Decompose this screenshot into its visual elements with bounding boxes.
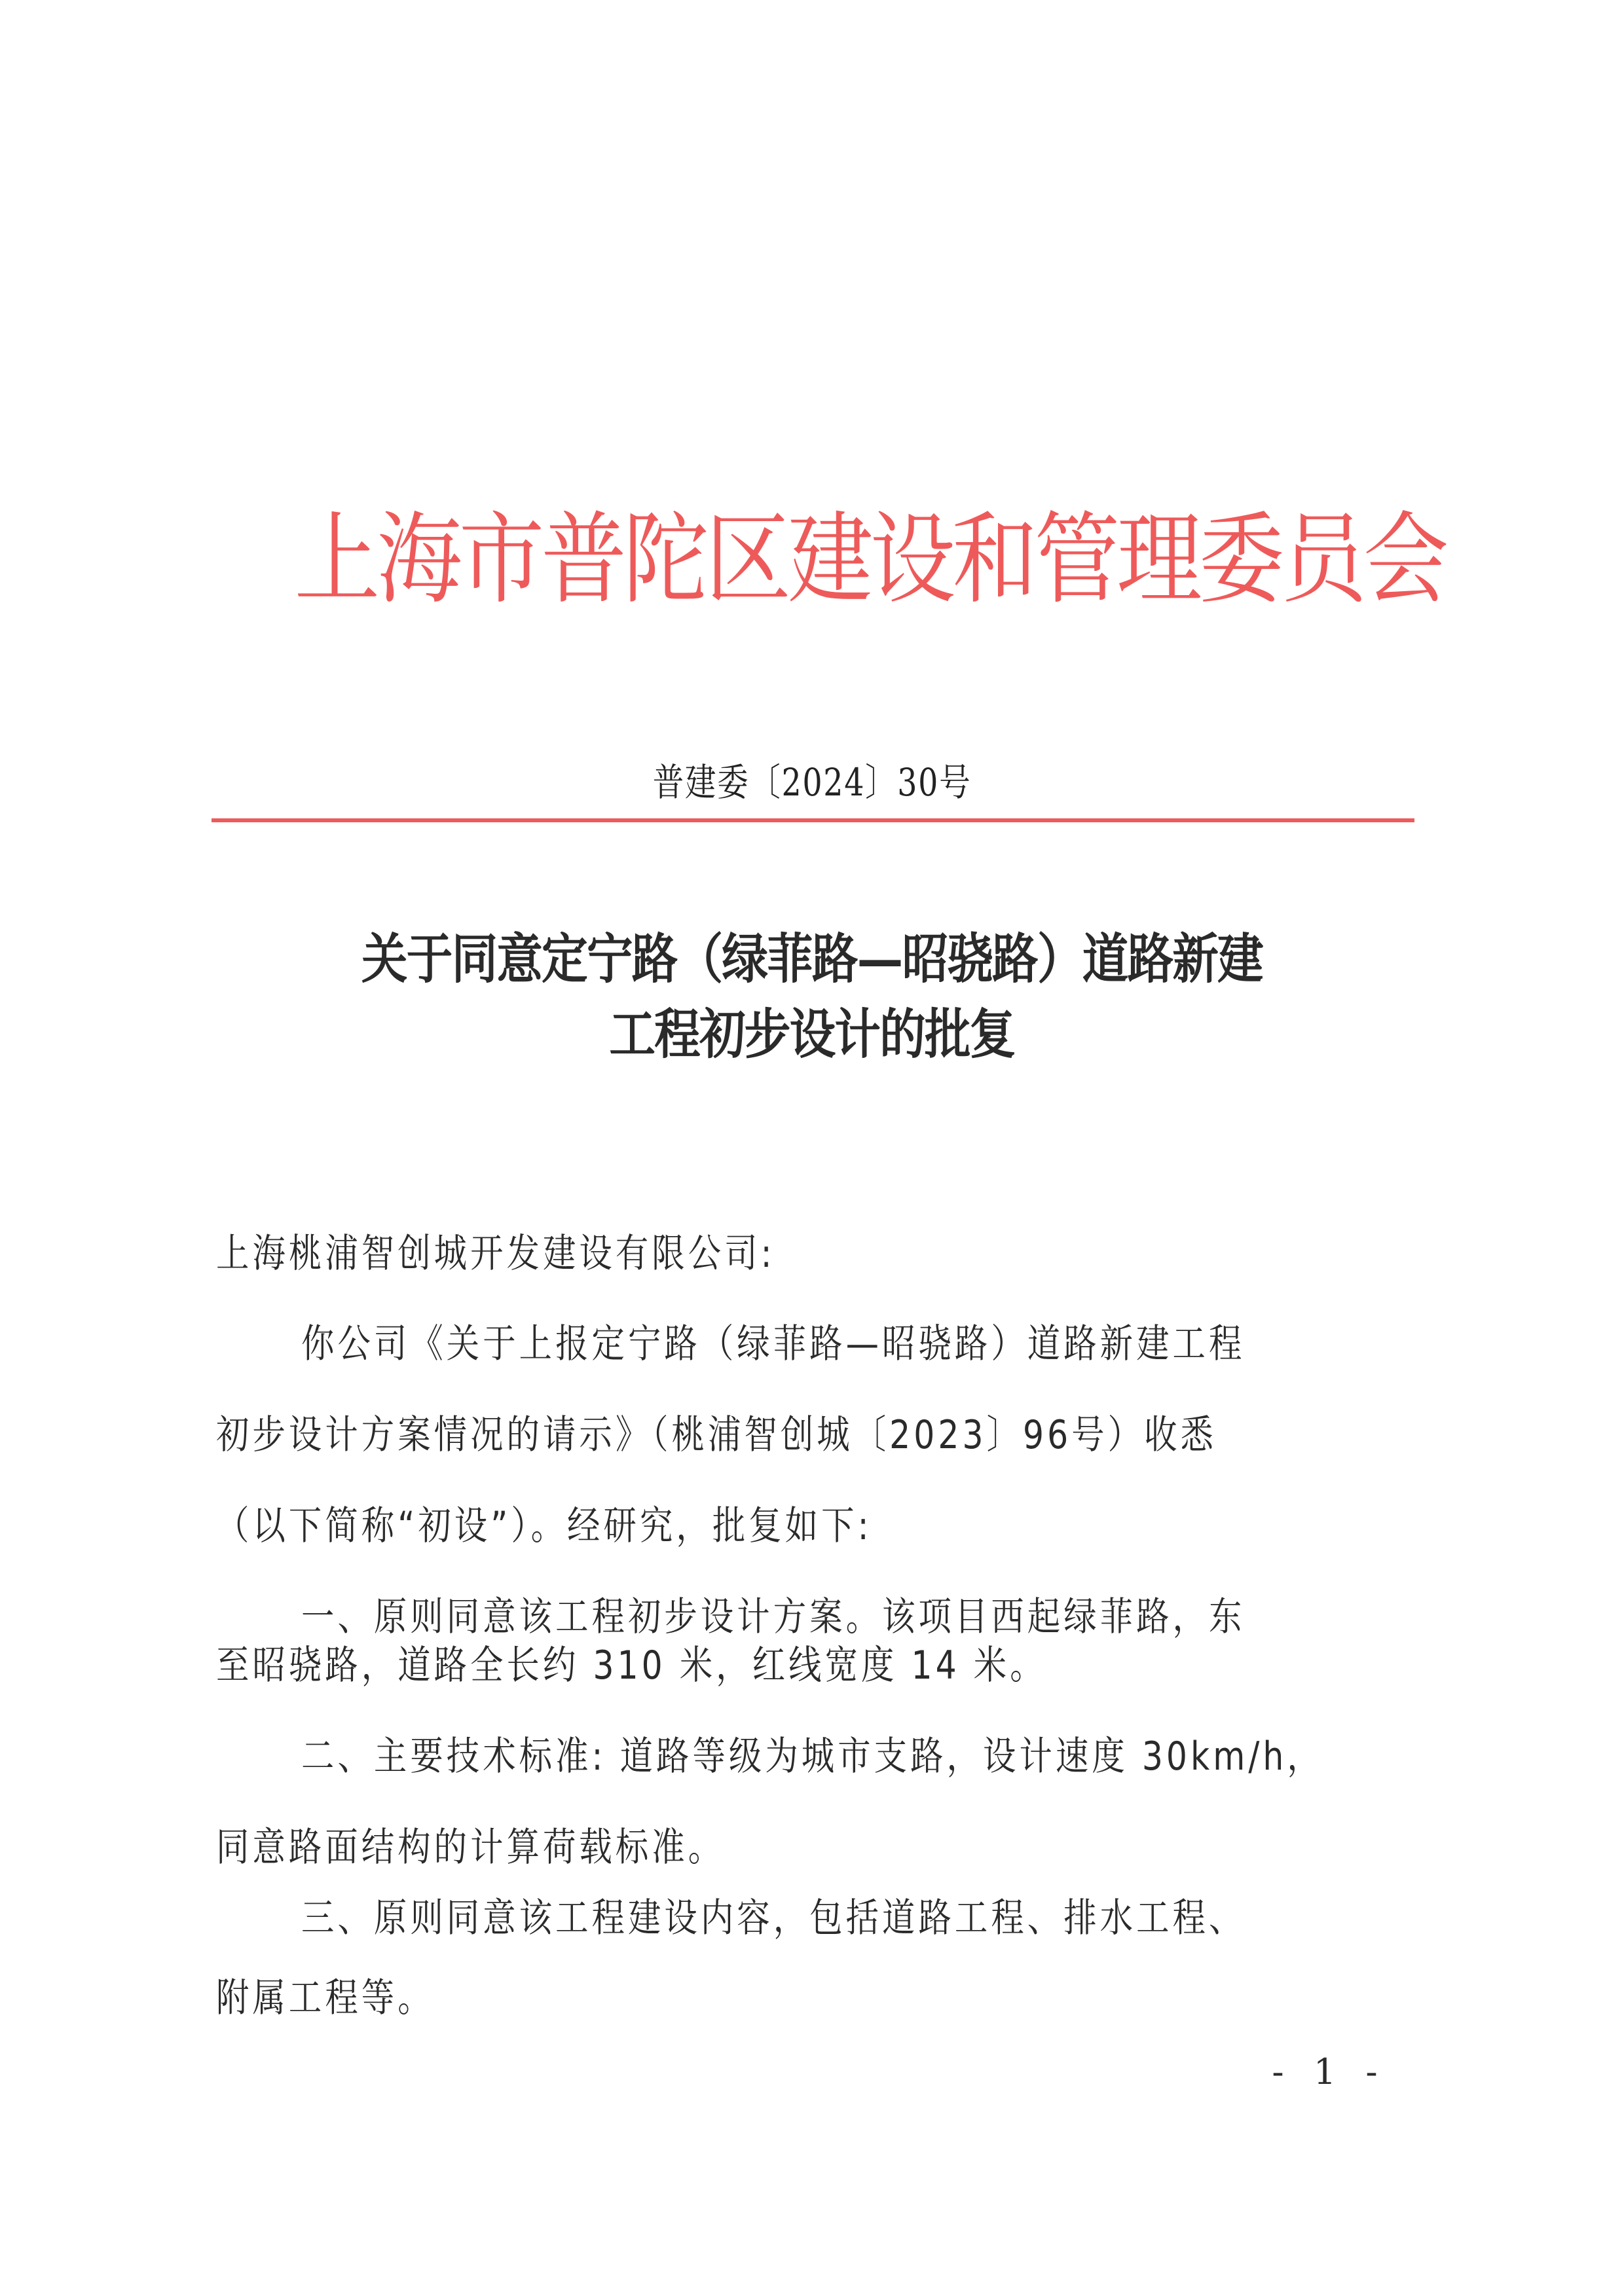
body-line: （以下简称“初设”）。经研究，批复如下: bbox=[216, 1493, 1228, 1559]
body-line-item-3: 三、原则同意该工程建设内容，包括道路工程、排水工程、 bbox=[301, 1886, 1314, 1951]
document-heading-line-2: 工程初步设计的批复 bbox=[283, 998, 1342, 1070]
body-line: 初步设计方案情况的请示》（桃浦智创城〔2023〕96号）收悉 bbox=[216, 1402, 1228, 1468]
body-line: 附属工程等。 bbox=[216, 1965, 1228, 2031]
body-line-item-2: 二、主要技术标准: 道路等级为城市支路，设计速度 30km/h， bbox=[301, 1724, 1314, 1789]
body-line: 你公司《关于上报定宁路（绿菲路—昭骁路）道路新建工程 bbox=[301, 1311, 1314, 1377]
red-separator-line bbox=[212, 818, 1414, 822]
issuing-organization-title: 上海市普陀区建设和管理委员会 bbox=[295, 504, 1337, 615]
document-number: 普建委〔2024〕30号 bbox=[146, 753, 1478, 812]
page-number: - 1 - bbox=[1264, 2046, 1395, 2098]
recipient-line: 上海桃浦智创城开发建设有限公司: bbox=[216, 1221, 1228, 1286]
document-heading-line-1: 关于同意定宁路（绿菲路—昭骁路）道路新建 bbox=[283, 923, 1342, 995]
document-page: 上海市普陀区建设和管理委员会 普建委〔2024〕30号 关于同意定宁路（绿菲路—… bbox=[0, 0, 1624, 2296]
body-line: 至昭骁路，道路全长约 310 米，红线宽度 14 米。 bbox=[216, 1633, 1228, 1698]
body-line: 同意路面结构的计算荷载标准。 bbox=[216, 1815, 1228, 1880]
